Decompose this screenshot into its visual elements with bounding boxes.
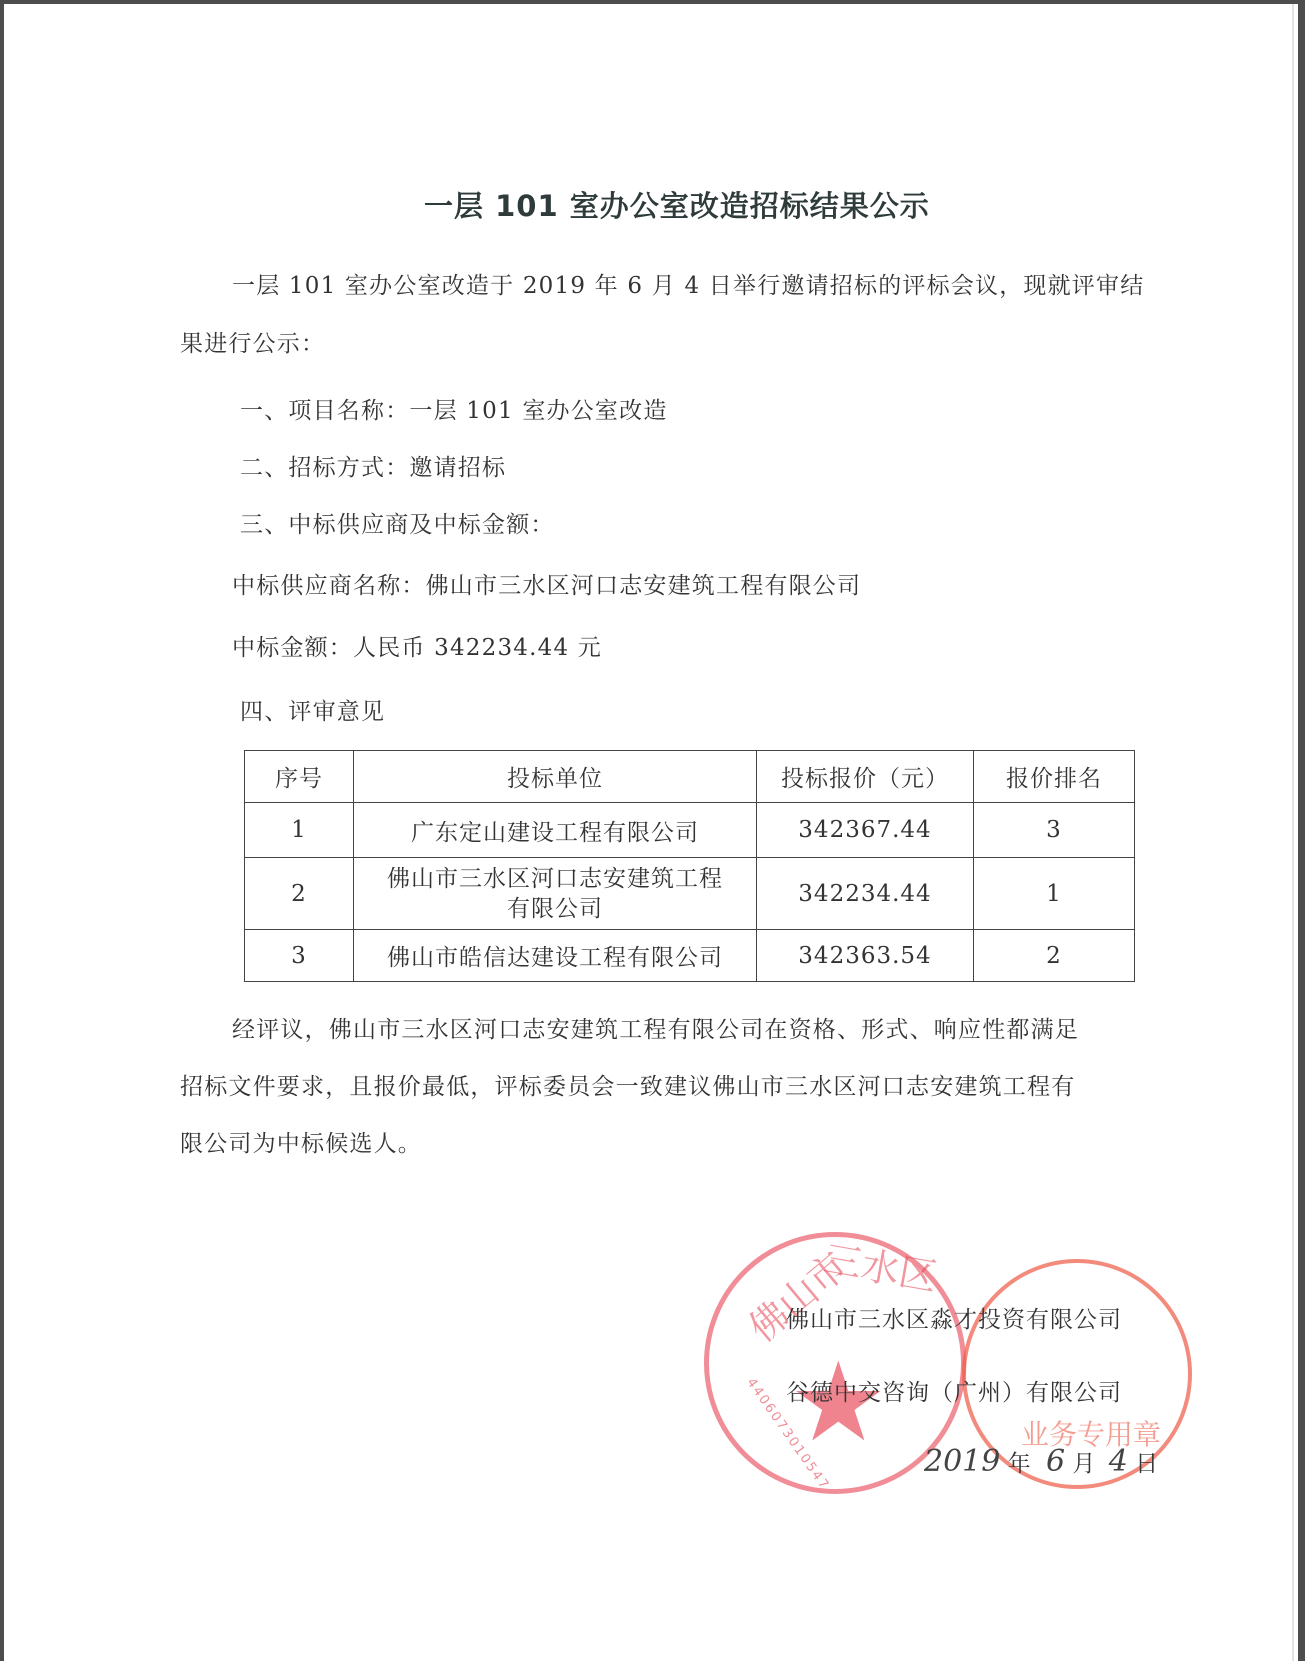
cell-bidder: 佛山市三水区河口志安建筑工程 有限公司 (354, 858, 757, 930)
cell-no: 3 (245, 930, 354, 982)
table-row: 3 佛山市皓信达建设工程有限公司 342363.54 2 (245, 930, 1135, 982)
table-row: 2 佛山市三水区河口志安建筑工程 有限公司 342234.44 1 (245, 858, 1135, 930)
item-review-opinion: 四、评审意见 (240, 698, 385, 726)
bid-results-table: 序号 投标单位 投标报价（元） 报价排名 1 广东定山建设工程有限公司 3423… (244, 750, 1135, 982)
date-year-char: 年 (1008, 1451, 1031, 1477)
document-page: 一层 101 室办公室改造招标结果公示 一层 101 室办公室改造于 2019 … (4, 4, 1298, 1661)
table-row: 1 广东定山建设工程有限公司 342367.44 3 (245, 803, 1135, 858)
date-month-handwritten: 6 (1046, 1444, 1065, 1479)
conclusion-line-3: 限公司为中标候选人。 (180, 1130, 422, 1158)
cell-no: 2 (245, 858, 354, 930)
document-title: 一层 101 室办公室改造招标结果公示 (424, 184, 930, 225)
cell-bidder-line1: 佛山市三水区河口志安建筑工程 (387, 864, 723, 894)
intro-line-1: 一层 101 室办公室改造于 2019 年 6 月 4 日举行邀请招标的评标会议… (232, 272, 1144, 300)
intro-line-2: 果进行公示： (180, 330, 325, 358)
winner-amount-line: 中标金额：人民币 342234.44 元 (232, 634, 602, 662)
date-day-handwritten: 4 (1109, 1444, 1128, 1479)
cell-no: 1 (245, 803, 354, 858)
cell-price: 342367.44 (757, 803, 974, 858)
header-rank: 报价排名 (974, 751, 1135, 803)
conclusion-line-2: 招标文件要求，且报价最低，评标委员会一致建议佛山市三水区河口志安建筑工程有 (180, 1073, 1075, 1101)
signer-1: 佛山市三水区淼才投资有限公司 (786, 1301, 1122, 1334)
header-bidder: 投标单位 (354, 751, 757, 803)
date-month-char: 月 (1072, 1451, 1095, 1477)
header-price: 投标报价（元） (757, 751, 974, 803)
cell-price: 342234.44 (757, 858, 974, 930)
cell-price: 342363.54 (757, 930, 974, 982)
cell-bidder-line2: 有限公司 (507, 894, 603, 924)
date-year-handwritten: 2019 (924, 1444, 1000, 1479)
header-no: 序号 (245, 751, 354, 803)
item-bid-method: 二、招标方式：邀请招标 (240, 454, 506, 482)
cell-bidder: 佛山市皓信达建设工程有限公司 (354, 930, 757, 982)
item-project-name: 一、项目名称：一层 101 室办公室改造 (240, 397, 668, 425)
page-edge (1292, 4, 1294, 1661)
conclusion-line-1: 经评议，佛山市三水区河口志安建筑工程有限公司在资格、形式、响应性都满足 (232, 1016, 1079, 1044)
signature-date: 2019 年 6 月 4 日 (924, 1444, 1158, 1479)
cell-rank: 1 (974, 858, 1135, 930)
date-day-char: 日 (1135, 1451, 1158, 1477)
signer-2: 谷德中交咨询（广州）有限公司 (786, 1374, 1122, 1407)
winner-name-line: 中标供应商名称：佛山市三水区河口志安建筑工程有限公司 (232, 572, 861, 600)
cell-bidder: 广东定山建设工程有限公司 (354, 803, 757, 858)
cell-rank: 2 (974, 930, 1135, 982)
item-winner-heading: 三、中标供应商及中标金额： (240, 511, 555, 539)
cell-rank: 3 (974, 803, 1135, 858)
table-header-row: 序号 投标单位 投标报价（元） 报价排名 (245, 751, 1135, 803)
